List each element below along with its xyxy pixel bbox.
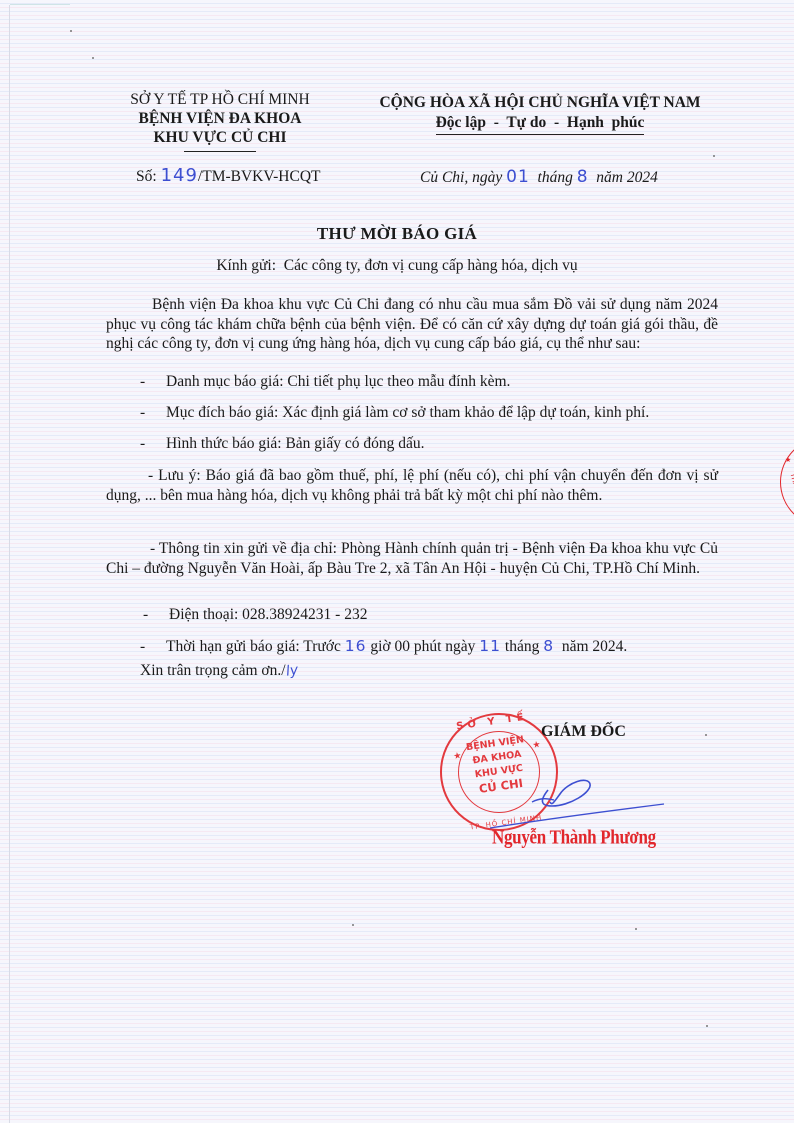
document-reference: Số: 149/TM-BVKV-HCQT	[136, 165, 321, 186]
hospital-name-line2: KHU VỰC CỦ CHI	[100, 128, 340, 147]
list-dash: -	[140, 434, 166, 454]
signer-name: Nguyễn Thành Phương	[492, 826, 656, 849]
list-dash: -	[143, 605, 169, 625]
header-underline	[184, 151, 256, 152]
deadline-hour-handwritten: 16	[345, 637, 367, 655]
deadline-suffix: năm 2024.	[554, 638, 627, 655]
list-dash: -	[140, 403, 166, 423]
handwritten-signature	[480, 772, 670, 832]
reference-suffix: /TM-BVKV-HCQT	[198, 168, 321, 185]
address-paragraph: - Thông tin xin gửi về địa chỉ: Phòng Hà…	[106, 539, 718, 578]
deadline-mid2: tháng	[501, 638, 543, 655]
signatory-position: GIÁM ĐỐC	[541, 723, 626, 741]
list-dash: -	[140, 637, 166, 657]
scan-speck	[706, 1025, 708, 1027]
scan-speck	[92, 57, 94, 59]
date-month-handwritten: 8	[577, 167, 589, 187]
deadline-prefix: Thời hạn gửi báo giá: Trước	[166, 638, 345, 655]
deadline-month-handwritten: 8	[543, 637, 554, 655]
deadline-day-handwritten: 11	[479, 637, 501, 655]
recipient-line: Kính gửi: Các công ty, đơn vị cung cấp h…	[0, 257, 794, 275]
reference-prefix: Số:	[136, 168, 161, 185]
partial-stamp-edge: ★ THA	[780, 437, 794, 527]
document-title: THƯ MỜI BÁO GIÁ	[0, 224, 794, 244]
list-item: -Hình thức báo giá: Bản giấy có đóng dấu…	[140, 434, 720, 454]
note-paragraph: - Lưu ý: Báo giá đã bao gồm thuế, phí, l…	[106, 466, 718, 505]
scan-speck	[635, 928, 637, 930]
scan-speck	[70, 30, 72, 32]
page-edge-top	[10, 4, 70, 5]
hospital-name-line1: BỆNH VIỆN ĐA KHOA	[100, 109, 340, 128]
list-item-text: Hình thức báo giá: Bản giấy có đóng dấu.	[166, 435, 425, 452]
scan-speck	[705, 734, 707, 736]
phone-text: Điện thoại: 028.38924231 - 232	[169, 606, 367, 623]
reference-number-handwritten: 149	[161, 165, 198, 186]
issuing-authority-block: SỞ Y TẾ TP HỒ CHÍ MINH BỆNH VIỆN ĐA KHOA…	[100, 90, 340, 152]
closing-text: Xin trân trọng cảm ơn./	[140, 662, 286, 679]
scan-speck	[713, 155, 715, 157]
date-month-label: tháng	[530, 169, 577, 186]
date-year: năm 2024	[589, 169, 658, 186]
page-edge	[9, 5, 10, 1123]
closing-line: Xin trân trọng cảm ơn./ly	[140, 662, 298, 680]
scan-speck	[352, 924, 354, 926]
list-item: -Mục đích báo giá: Xác định giá làm cơ s…	[140, 403, 720, 423]
list-item: -Danh mục báo giá: Chi tiết phụ lục theo…	[140, 372, 720, 392]
intro-paragraph: Bệnh viện Đa khoa khu vực Củ Chi đang có…	[106, 295, 718, 354]
edge-stamp-text: THA	[788, 472, 794, 488]
date-day-handwritten: 01	[506, 167, 530, 187]
list-item-text: Mục đích báo giá: Xác định giá làm cơ sở…	[166, 404, 649, 421]
date-line: Củ Chi, ngày 01 tháng 8 năm 2024	[420, 167, 658, 187]
deadline-line: -Thời hạn gửi báo giá: Trước 16 giờ 00 p…	[140, 637, 720, 657]
nation-name: CỘNG HÒA XÃ HỘI CHỦ NGHĨA VIỆT NAM	[360, 93, 720, 113]
list-item-text: Danh mục báo giá: Chi tiết phụ lục theo …	[166, 373, 510, 390]
date-place: Củ Chi, ngày	[420, 169, 506, 186]
stamp-star-icon: ★	[785, 456, 791, 464]
national-title-block: CỘNG HÒA XÃ HỘI CHỦ NGHĨA VIỆT NAM Độc l…	[360, 93, 720, 135]
phone-line: -Điện thoại: 028.38924231 - 232	[143, 605, 723, 625]
deadline-mid1: giờ 00 phút ngày	[366, 638, 479, 655]
list-dash: -	[140, 372, 166, 392]
initials-mark: ly	[284, 662, 298, 680]
authority-name: SỞ Y TẾ TP HỒ CHÍ MINH	[100, 90, 340, 109]
national-motto: Độc lập - Tự do - Hạnh phúc	[436, 113, 645, 135]
